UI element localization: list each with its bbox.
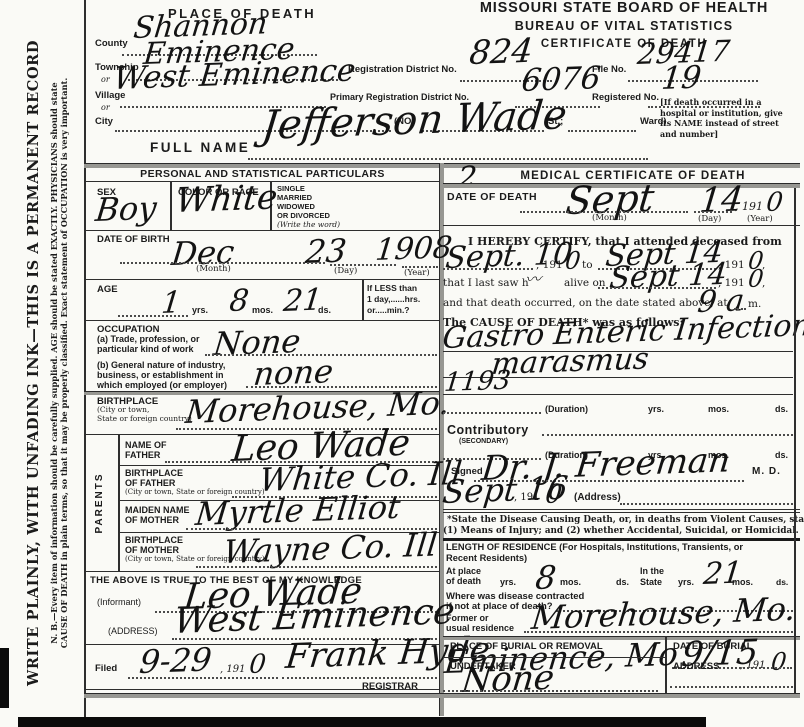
if-less-line: 1 day,......hrs. (367, 294, 420, 305)
registrar-label: REGISTRAR (362, 681, 418, 692)
burial-year-printed: , 191 (740, 660, 765, 671)
marital-line: MARRIED (277, 193, 340, 202)
undertaker-address-label: ADDRESS (673, 661, 719, 672)
at-place-mos-value: 8 (534, 561, 558, 594)
last-saw-prefix: that I last saw h (443, 277, 529, 289)
cause-code-underline (443, 394, 793, 395)
occupation-b-line: which employed (or employer) (97, 380, 227, 390)
birthplace-caption-line: State or foreign country) (97, 415, 192, 424)
divider (84, 320, 439, 321)
occupation-a-line: (a) Trade, profession, or (97, 334, 200, 344)
ward-underline (568, 130, 636, 132)
year-caption: (Year) (404, 268, 430, 278)
former-residence-line1: Former or (446, 613, 489, 623)
physician-address-underline (620, 503, 793, 505)
margin-note-nb: N. B.—Every item of information should b… (49, 10, 73, 716)
registered-no-label: Registered No. (592, 92, 659, 103)
physician-address-label: (Address) (574, 492, 621, 503)
if-less-line: If LESS than (367, 283, 420, 294)
occupation-b-label: (b) General nature of industry, business… (97, 360, 227, 390)
informant-label: (Informant) (97, 597, 141, 607)
cause-of-death-line2: marasmus (490, 344, 650, 380)
dod-month-caption: (Month) (592, 213, 627, 223)
if-less-than-note: If LESS than 1 day,......hrs. or.....min… (367, 283, 420, 316)
full-name-underline (248, 158, 648, 160)
at-place-line2: of death (446, 576, 481, 586)
age-months-value: 8 (228, 286, 250, 317)
father-name-label: NAME OF FATHER (125, 440, 167, 460)
ds-label: ds. (318, 305, 331, 315)
color-race-value: White (174, 180, 279, 218)
marital-write-word: (Write the word) (277, 220, 340, 229)
signed-year-printed: , 191 (514, 492, 539, 503)
if-less-cell-divider (362, 279, 364, 320)
divider (443, 509, 800, 510)
margin-nb-line2: CAUSE OF DEATH in plain terms, so that i… (59, 10, 69, 716)
dod-day-caption: (Day) (698, 214, 721, 224)
margin-nb-line1: N. B.—Every item of information should b… (49, 10, 59, 716)
dob-year-value: 1908 (374, 233, 453, 266)
length-of-residence-line2: Recent Residents) (446, 553, 527, 563)
in-the-label: In the (640, 566, 664, 576)
mos-label: mos. (252, 305, 273, 315)
dod-year-digit: 0 (765, 189, 784, 216)
secondary-label: (SECONDARY) (459, 438, 508, 445)
length-of-residence-line1: LENGTH OF RESIDENCE (For Hospitals, Inst… (446, 542, 743, 552)
mother-birthplace-value: Wayne Co. Ill (222, 528, 439, 568)
divider (84, 230, 439, 231)
undertaker-underline (443, 690, 658, 692)
form-bottom-border (84, 693, 800, 698)
state-label: State (640, 577, 662, 587)
or-label-1: or (101, 75, 110, 84)
divider (443, 225, 800, 226)
mother-name-line: MAIDEN NAME (125, 505, 190, 515)
margin-note-permanent-record: WRITE PLAINLY, WITH UNFADING INK—THIS IS… (25, 23, 47, 703)
comma: , (762, 277, 765, 289)
death-time-m-label: m. (748, 298, 761, 310)
month-caption: (Month) (196, 264, 231, 274)
footnote-line1: *State the Disease Causing Death, or, in… (447, 515, 804, 525)
sex-value: Boy (94, 192, 158, 226)
scan-artifact-edge (0, 648, 9, 708)
md-label: M. D. (752, 466, 781, 477)
burial-year-digit: 0 (770, 649, 788, 674)
attended-from-underline (443, 268, 533, 270)
duration-underline (443, 412, 541, 414)
signed-year-digit: 0 (544, 481, 563, 508)
date-of-birth-label: DATE OF BIRTH (97, 234, 170, 245)
mother-name-line: OF MOTHER (125, 515, 190, 525)
occupation-a-label: (a) Trade, profession, or particular kin… (97, 334, 200, 354)
filed-label: Filed (95, 663, 117, 674)
form-left-border (84, 0, 86, 717)
footnote-line2: (1) Means of Injury; and (2) whether Acc… (443, 526, 799, 536)
divider (84, 571, 439, 572)
registration-district-label: Registration District No. (348, 64, 457, 75)
father-name-line: NAME OF (125, 440, 167, 450)
date-of-death-label: DATE OF DEATH (447, 191, 537, 203)
occupation-b-line: business, or establishment in (97, 370, 227, 380)
at-place-ds: ds. (616, 577, 629, 587)
hospital-note: [If death occurred in a hospital or inst… (660, 97, 790, 139)
death-certificate-scan: WRITE PLAINLY, WITH UNFADING INK—THIS IS… (0, 0, 804, 727)
yrs-label: yrs. (192, 305, 208, 315)
birthplace-caption: (City or town, State or foreign country) (97, 406, 192, 423)
marital-line: SINGLE (277, 184, 340, 193)
duration-label-1: (Duration) (545, 404, 588, 414)
divider (84, 689, 439, 690)
age-label: AGE (97, 284, 118, 295)
him-scribble: 〰 (524, 271, 542, 288)
full-name-value: Jefferson Wade (260, 95, 569, 146)
attended-from-year-digit: 0 (564, 248, 582, 273)
contributory-label: Contributory (447, 423, 529, 437)
city-label: City (95, 116, 113, 127)
at-place-line1: At place (446, 566, 481, 576)
mother-maiden-name-value: Myrtle Elliot (194, 491, 402, 530)
parents-inner-divider (118, 434, 120, 571)
divider (84, 279, 439, 280)
or-label-2: or (101, 103, 110, 112)
occupation-a-line: particular kind of work (97, 344, 200, 354)
form-right-border (794, 188, 796, 693)
filed-date-value: 9-29 (138, 643, 213, 678)
divider (443, 512, 800, 513)
former-residence-line2: usual residence (446, 623, 514, 633)
marital-line: WIDOWED (277, 202, 340, 211)
mother-maiden-name-label: MAIDEN NAME OF MOTHER (125, 505, 190, 525)
age-underline (118, 315, 188, 317)
dod-day-underline (694, 211, 732, 213)
parents-vertical-label: PARENTS (94, 443, 108, 563)
village-value: West Eminence (112, 55, 357, 95)
scan-artifact-bar (18, 717, 706, 727)
registered-no-value: 19 (660, 62, 703, 95)
undertaker-address-underline (670, 686, 793, 688)
full-name-label: FULL NAME (150, 140, 250, 155)
dod-year-printed: , 191 (735, 200, 763, 213)
registrar-underline (282, 677, 437, 679)
informant-address-label: (ADDRESS) (108, 626, 158, 636)
county-label: County (95, 38, 128, 49)
in-state-yrs: yrs. (678, 577, 694, 587)
filed-underline (128, 677, 278, 679)
sex-cell-divider (170, 181, 172, 230)
mother-birthplace-underline (196, 566, 437, 568)
at-place-yrs: yrs. (500, 577, 516, 587)
to-word: to (582, 259, 593, 271)
at-place-mos: mos. (560, 577, 581, 587)
cause-code-value: 1193 (443, 368, 512, 396)
board-title: MISSOURI STATE BOARD OF HEALTH (448, 0, 800, 16)
former-residence-value: Morehouse, Mo. (530, 593, 797, 634)
occupation-b-line: (b) General nature of industry, (97, 360, 227, 370)
marital-line: OR DIVORCED (277, 211, 340, 220)
occupation-b-value: none (252, 355, 335, 390)
duration-mos-1: mos. (708, 404, 729, 414)
duration-ds-2: ds. (775, 450, 788, 460)
filed-year-printed: , 191 (220, 664, 245, 675)
if-less-line: or.....min.? (367, 305, 420, 316)
divider (443, 538, 800, 541)
marital-status-label: SINGLE MARRIED WIDOWED OR DIVORCED (Writ… (277, 184, 340, 229)
contributory-underline (542, 434, 793, 436)
day-caption: (Day) (334, 266, 357, 276)
in-state-ds: ds. (776, 577, 788, 587)
filed-year-digit: 0 (248, 651, 267, 678)
dod-year-caption: (Year) (747, 214, 773, 224)
father-birthplace-line: OF FATHER (125, 479, 265, 489)
in-state-mos: mos. (732, 577, 753, 587)
duration-yrs-1: yrs. (648, 404, 664, 414)
death-occurred-statement: and that death occurred, on the date sta… (443, 297, 728, 309)
duration-ds-1: ds. (775, 404, 788, 414)
father-name-line: FATHER (125, 450, 167, 460)
